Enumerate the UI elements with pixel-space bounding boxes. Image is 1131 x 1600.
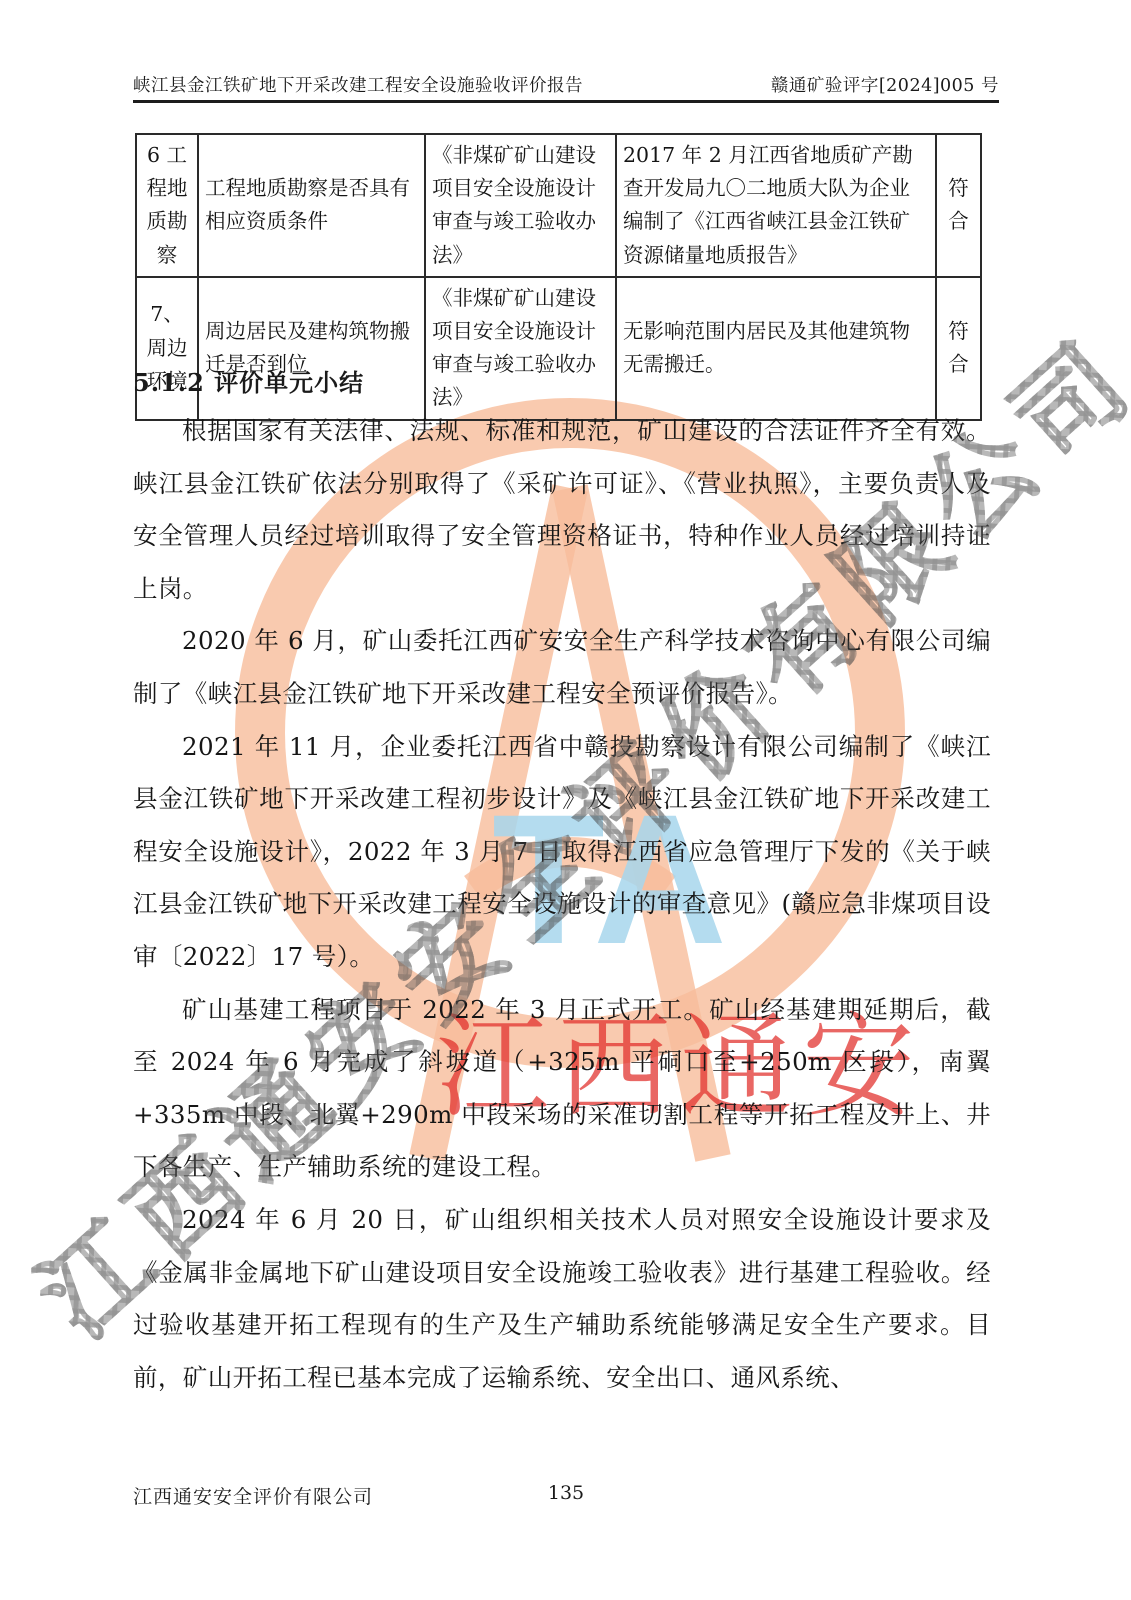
header-report-title: 峡江县金江铁矿地下开采改建工程安全设施验收评价报告 bbox=[133, 72, 583, 97]
cell-check-item: 周边居民及建构筑物搬迁是否到位 bbox=[198, 277, 425, 420]
header-rule bbox=[133, 100, 999, 103]
table-row: 6 工程地质勘察 工程地质勘察是否具有相应资质条件 《非煤矿矿山建设项目安全设施… bbox=[136, 134, 981, 277]
footer-page-number: 135 bbox=[133, 1482, 999, 1504]
document-page: TA 江西通安 峡江县金江铁矿地下开采改建工程安全设施验收评价报告 赣通矿验评字… bbox=[0, 0, 1131, 1600]
paragraph: 2024 年 6 月 20 日，矿山组织相关技术人员对照安全设施设计要求及《金属… bbox=[133, 1194, 991, 1404]
section-heading: 5.1.2 评价单元小结 bbox=[133, 363, 364, 398]
cell-situation: 无影响范围内居民及其他建筑物无需搬迁。 bbox=[616, 277, 936, 420]
table-row: 7、周边环境 周边居民及建构筑物搬迁是否到位 《非煤矿矿山建设项目安全设施设计审… bbox=[136, 277, 981, 420]
cell-row-label: 7、周边环境 bbox=[136, 277, 198, 420]
cell-situation: 2017 年 2 月江西省地质矿产勘查开发局九〇二地质大队为企业编制了《江西省峡… bbox=[616, 134, 936, 277]
cell-basis: 《非煤矿矿山建设项目安全设施设计审查与竣工验收办法》 bbox=[425, 134, 616, 277]
header-document-code: 赣通矿验评字[2024]005 号 bbox=[771, 72, 999, 97]
cell-check-item: 工程地质勘察是否具有相应资质条件 bbox=[198, 134, 425, 277]
cell-row-label: 6 工程地质勘察 bbox=[136, 134, 198, 277]
cell-basis: 《非煤矿矿山建设项目安全设施设计审查与竣工验收办法》 bbox=[425, 277, 616, 420]
cell-result: 符合 bbox=[936, 277, 981, 420]
page-header: 峡江县金江铁矿地下开采改建工程安全设施验收评价报告 赣通矿验评字[2024]00… bbox=[133, 72, 999, 97]
cell-result: 符合 bbox=[936, 134, 981, 277]
